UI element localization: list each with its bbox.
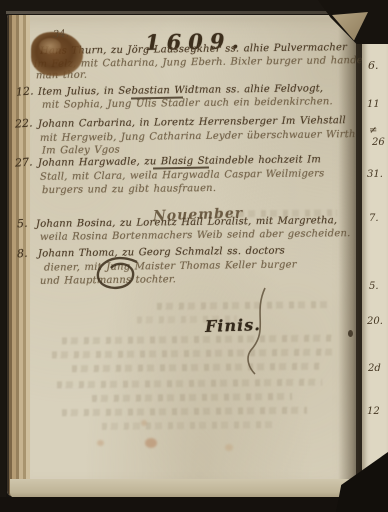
bleedthrough-line <box>57 379 322 389</box>
entry-line: Johann Carbarina, in Lorentz Herrensberg… <box>38 115 346 130</box>
stain-spot <box>97 440 104 446</box>
next-page-edge: 6. 11 ≠ 26 31. 7. 5. 20. 2d 12 <box>362 34 388 504</box>
entry-day-number: 27. <box>15 156 33 168</box>
next-page-number: ≠ <box>369 126 377 136</box>
stain-spot <box>141 420 147 426</box>
stain-spot <box>225 444 233 451</box>
bleedthrough-line <box>52 349 332 359</box>
next-page-number: 7. <box>369 214 379 224</box>
bleedthrough-line <box>92 393 292 402</box>
next-page-number: 6. <box>368 60 379 71</box>
finis-label: Finis. <box>205 317 261 335</box>
entry-line: mit Hergweib, Jung Catharina Leyder über… <box>40 129 356 144</box>
entry-line: Hans Thurn, zu Jörg Laussegkher ss. alhi… <box>40 42 347 57</box>
entry-line: mit Sophia, Jung Ulis Stadler auch ein b… <box>42 96 333 111</box>
bleedthrough-line <box>62 407 307 417</box>
photo-border-bottom <box>0 497 388 512</box>
entry-day-number: 8. <box>17 248 28 260</box>
cover-edge-glint <box>0 11 340 14</box>
next-page-number: 2d <box>368 364 381 374</box>
entry-day-number: 5. <box>17 218 28 230</box>
entry-line: und Hauptmanns tochter. <box>40 274 176 287</box>
entry-day-number: 12. <box>16 85 34 97</box>
entry-line: im Felz, mit Catharina, Jung Eberh. Bixl… <box>34 55 372 70</box>
entry-line: Stall, mit Clara, weila Hargwadla Caspar… <box>40 168 325 182</box>
entry-line: Item Julius, in Sebastian Widtman ss. al… <box>38 83 323 97</box>
bleedthrough-line <box>157 301 327 310</box>
next-page-number: 11 <box>367 100 380 110</box>
next-page-number: 26 <box>372 138 385 148</box>
underline-stroke <box>153 167 209 169</box>
folio-number: 34. <box>53 29 70 40</box>
next-page-number: 5. <box>369 282 379 292</box>
bleedthrough-line <box>62 335 332 345</box>
page-stack-edge <box>10 479 354 498</box>
bleedthrough-line <box>102 421 277 430</box>
entry-line: Johann Thoma, zu Georg Schmalzl ss. doct… <box>38 245 285 259</box>
stain-spot <box>145 438 157 448</box>
entry-day-number: 22. <box>15 117 33 129</box>
next-page-number: 12 <box>367 407 380 417</box>
entry-line: Im Galey Vgos <box>42 145 120 157</box>
manuscript-photo: 34. 1609. Hans Thurn, zu Jörg Laussegkhe… <box>0 0 388 512</box>
page-gutter-shadow <box>338 14 364 496</box>
entry-line: diener, mit Jung Maister Thomas Keller b… <box>44 259 297 273</box>
entry-line: weila Rosina Bortenmachers Weib seind ab… <box>40 228 351 243</box>
manuscript-page: 34. 1609. Hans Thurn, zu Jörg Laussegkhe… <box>7 14 356 496</box>
photo-border-left <box>0 0 6 512</box>
bleedthrough-line <box>72 363 322 373</box>
entry-line: burgers und zu gibt hausfrauen. <box>42 183 216 196</box>
next-page-number: 20. <box>367 317 383 327</box>
next-page-number: 31. <box>367 170 383 180</box>
entry-line: Johann Bosina, zu Lorentz Hall Loralist,… <box>36 215 337 230</box>
